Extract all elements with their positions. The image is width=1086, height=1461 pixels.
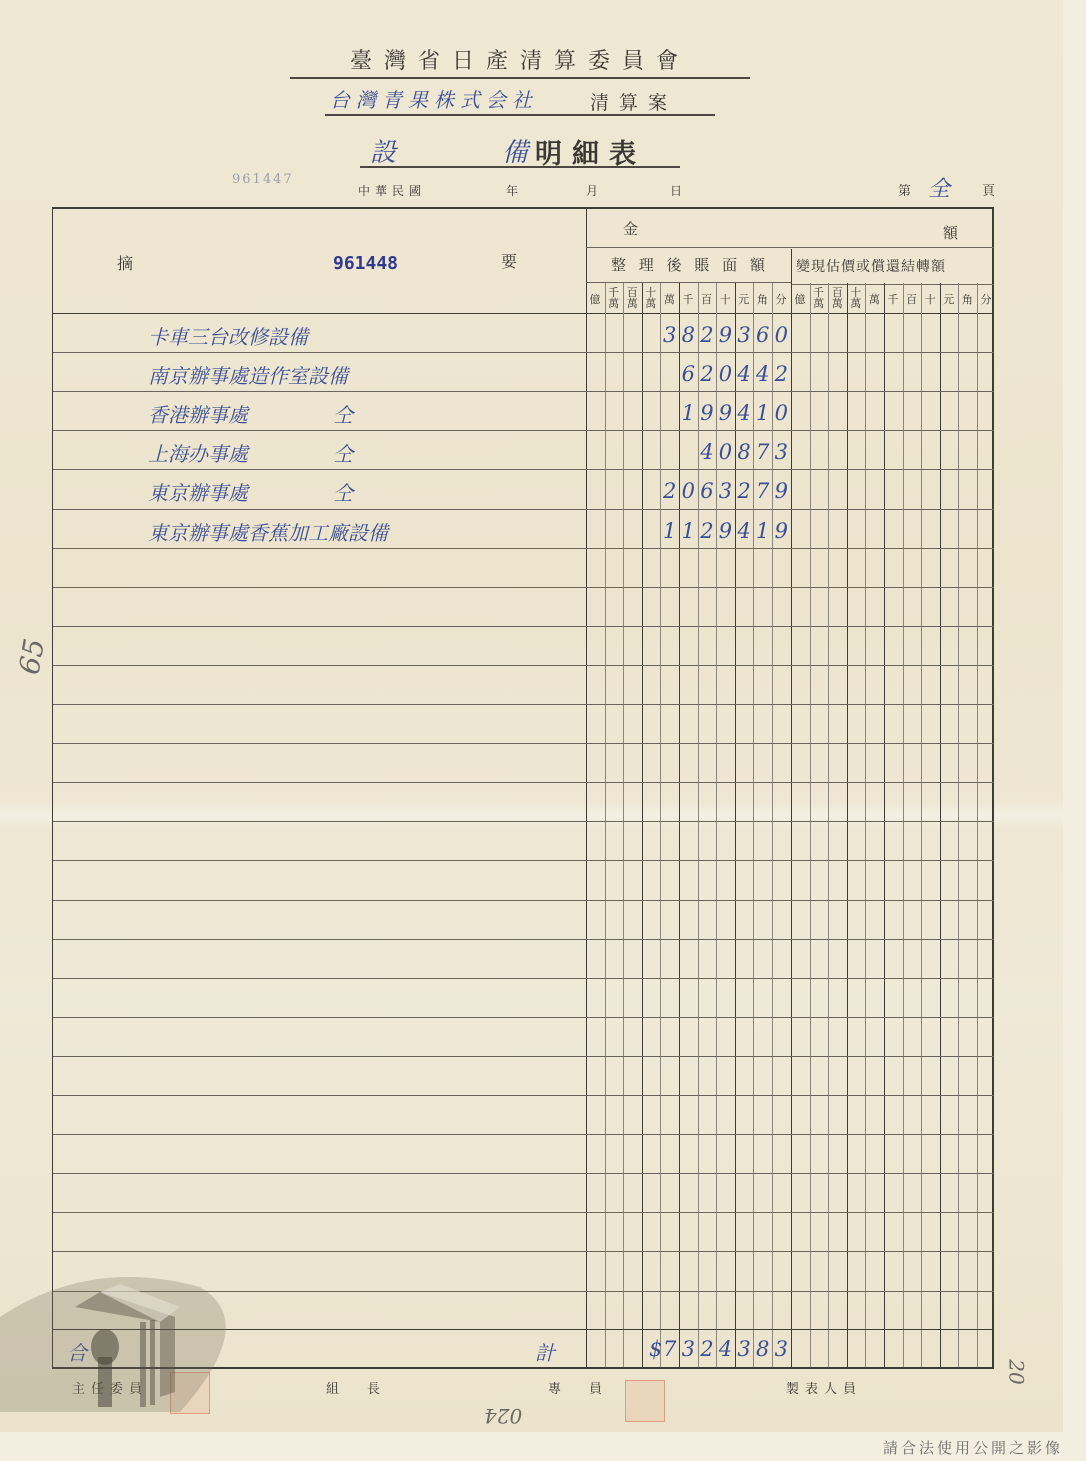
row-rule	[53, 1212, 994, 1213]
unit-label: 萬	[660, 294, 678, 305]
row-rule	[53, 900, 994, 901]
column-rule	[679, 283, 680, 1367]
unit-label: 百	[698, 294, 716, 305]
row-rule	[53, 782, 994, 783]
serial-stamp: 961448	[333, 253, 398, 274]
unit-label: 十萬	[847, 287, 865, 309]
red-seal	[625, 1380, 665, 1422]
column-rule	[660, 283, 661, 1367]
equipment-detail-table: 摘 961448 要 金 額 整 理 後 賬 面 額 變現估價或償還結轉額 億千…	[52, 207, 994, 1369]
archive-logo-icon	[0, 1262, 250, 1412]
column-rule	[828, 283, 829, 1367]
column-rule	[605, 283, 606, 1367]
ditto-mark: 仝	[333, 438, 353, 467]
unit-label: 百萬	[828, 287, 846, 309]
organization-title: 臺灣省日產清算委員會	[290, 44, 750, 79]
row-rule	[53, 1056, 994, 1057]
row-rule	[53, 1173, 994, 1174]
doc-title-printed: 明細表	[535, 132, 646, 171]
unit-label: 元	[735, 294, 753, 305]
unit-label: 角	[753, 294, 771, 305]
divider	[586, 282, 791, 283]
unit-label: 億	[791, 294, 809, 305]
column-rule	[865, 283, 866, 1367]
column-rule	[977, 283, 978, 1367]
sig-group-leader: 組長	[326, 1378, 408, 1397]
unit-label: 千萬	[810, 287, 828, 309]
page-suffix: 頁	[982, 180, 995, 199]
row-rule	[53, 1017, 994, 1018]
column-rule	[623, 283, 624, 1367]
document-title: 設 備 明細表	[360, 130, 680, 168]
row-rule	[53, 548, 994, 549]
unit-label: 十	[921, 294, 939, 305]
amount-header-right: 額	[943, 222, 958, 243]
sig-specialist: 專員	[548, 1378, 630, 1397]
margin-note-bottom: 024	[484, 1404, 522, 1428]
row-description: 香港辦事處仝	[148, 399, 248, 428]
total-label-right: 計	[535, 1337, 555, 1366]
col-header-left: 摘	[117, 251, 133, 274]
row-rule	[53, 704, 994, 705]
row-rule	[53, 743, 994, 744]
group2-label: 變現估價或償還結轉額	[796, 256, 946, 276]
column-rule	[884, 283, 885, 1367]
row-description: 卡車三台改修設備	[148, 321, 308, 350]
row-description: 上海办事處仝	[148, 438, 248, 467]
amount-header-left: 金	[623, 218, 638, 239]
unit-label: 分	[772, 294, 790, 305]
row-rule	[53, 1095, 994, 1096]
page-prefix: 第	[898, 180, 911, 199]
ditto-mark: 仝	[333, 477, 353, 506]
row-description: 東京辦事處香蕉加工廠設備	[148, 517, 388, 546]
unit-label: 百萬	[623, 287, 641, 309]
row-description: 東京辦事處仝	[148, 477, 248, 506]
unit-label: 千	[679, 294, 697, 305]
ditto-mark: 仝	[333, 399, 353, 428]
row-rule	[53, 587, 994, 588]
group1-label: 整 理 後 賬 面 額	[611, 254, 769, 275]
row-rule	[53, 1134, 994, 1135]
case-label: 清算案	[590, 88, 677, 115]
row-rule	[53, 469, 994, 470]
date-year: 年	[506, 182, 518, 199]
col-header-right: 要	[501, 249, 517, 272]
unit-label: 億	[586, 294, 604, 305]
row-rule	[53, 430, 994, 431]
row-rule	[53, 978, 994, 979]
unit-label: 百	[903, 294, 921, 305]
column-rule	[903, 283, 904, 1367]
sig-preparer: 製表人員	[786, 1378, 862, 1397]
header-bottom-rule	[53, 313, 994, 314]
row-rule	[53, 939, 994, 940]
unit-label: 十	[716, 294, 734, 305]
margin-note-left: 65	[12, 636, 51, 677]
page-value: 全	[928, 172, 950, 203]
column-rule	[810, 283, 811, 1367]
row-rule	[53, 352, 994, 353]
divider	[791, 284, 994, 285]
company-name: 台灣青果株式会社	[330, 84, 538, 113]
row-rule	[53, 626, 994, 627]
unit-label: 元	[940, 294, 958, 305]
row-rule	[53, 1251, 994, 1252]
margin-note-right: 20	[1005, 1359, 1029, 1384]
unit-label: 千	[884, 294, 902, 305]
unit-label: 十萬	[642, 287, 660, 309]
case-line: 台灣青果株式会社 清算案	[325, 84, 715, 116]
column-rule	[921, 283, 922, 1367]
unit-label: 萬	[865, 294, 883, 305]
unit-label: 千萬	[605, 287, 623, 309]
column-rule	[847, 283, 848, 1367]
unit-label: 角	[958, 294, 976, 305]
unit-label: 分	[977, 294, 995, 305]
date-prefix: 中華民國	[358, 182, 426, 199]
watermark-text: 請合法使用公開之影像	[883, 1437, 1063, 1458]
row-rule	[53, 391, 994, 392]
divider	[586, 209, 587, 1367]
column-rule	[642, 283, 643, 1367]
divider	[791, 249, 792, 1367]
divider	[586, 247, 994, 248]
row-rule	[53, 821, 994, 822]
row-rule	[53, 665, 994, 666]
row-rule	[53, 860, 994, 861]
column-rule	[958, 283, 959, 1367]
date-day: 日	[670, 182, 682, 199]
column-rule	[940, 283, 941, 1367]
row-description: 南京辦事處造作室設備	[148, 360, 348, 389]
faint-serial-number: 961447	[232, 172, 294, 187]
date-month: 月	[586, 182, 598, 199]
row-rule	[53, 509, 994, 510]
